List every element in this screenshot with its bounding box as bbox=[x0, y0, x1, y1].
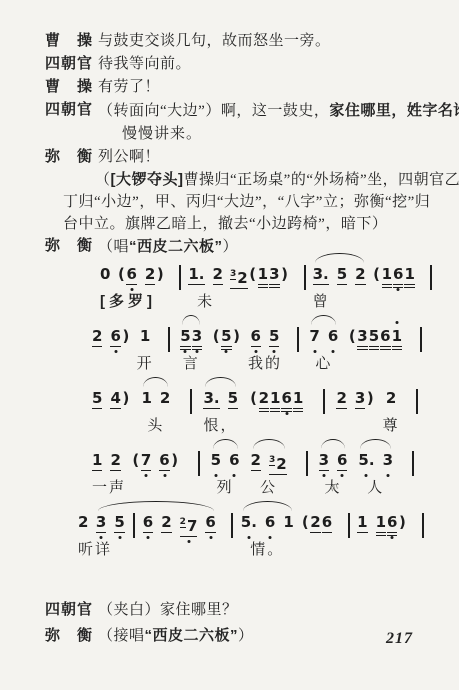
dialogue-row: 四朝官 （夹白）家住哪里？ bbox=[45, 597, 441, 623]
music-note: 5 bbox=[114, 513, 124, 533]
music-note: 7 bbox=[141, 451, 151, 471]
note-group: 232公 bbox=[251, 451, 287, 475]
music-note: 6 bbox=[281, 389, 291, 412]
lyric: 我的 bbox=[248, 352, 282, 373]
music-note: ( bbox=[117, 265, 125, 284]
barline bbox=[420, 327, 422, 352]
music-note: 3 bbox=[319, 451, 329, 471]
music-note: ( bbox=[132, 451, 140, 470]
music-note: 2 bbox=[213, 265, 223, 285]
music-note: ) bbox=[122, 389, 130, 408]
speaker-name: 曹 操 bbox=[45, 76, 98, 99]
sing-cue-post: ） bbox=[223, 239, 239, 255]
note-group: 1开 bbox=[140, 327, 150, 346]
tune-name: “西皮二六板” bbox=[145, 627, 239, 644]
dialogue-row: 曹 操 与鼓吏交谈几句，故而怒坐一旁。 bbox=[45, 30, 441, 53]
music-note: 2 bbox=[92, 327, 102, 347]
note-group: (26 bbox=[301, 513, 332, 533]
dialogue-top: 曹 操 与鼓吏交谈几句，故而怒坐一旁。 四朝官 待我等向前。 曹 操 有劳了！ … bbox=[45, 30, 441, 259]
dialogue-text: （转面向“大边”）啊，这一鼓史，家住哪里，姓字名谁， bbox=[98, 99, 459, 123]
music-note: 5 bbox=[369, 327, 379, 350]
music-note: 2 bbox=[355, 265, 365, 285]
music-note: 3 bbox=[383, 451, 393, 470]
music-note: 1 bbox=[293, 389, 303, 412]
note-group: 2尊 bbox=[386, 389, 396, 408]
note-group: (161 bbox=[373, 265, 415, 288]
tune-name: “西皮二六板” bbox=[129, 238, 223, 255]
page-number: 217 bbox=[386, 630, 413, 648]
lyric: 人 bbox=[367, 476, 384, 497]
note-group: 5.61情。 bbox=[241, 513, 294, 532]
music-note: 5. bbox=[358, 451, 374, 470]
music-note: 1 bbox=[92, 451, 102, 471]
music-note: ( bbox=[249, 265, 257, 284]
music-note: 6 bbox=[126, 265, 136, 285]
music-note: 1. bbox=[188, 265, 204, 285]
note-group: (2161 bbox=[250, 389, 304, 412]
speaker-name: 曹 操 bbox=[45, 30, 98, 53]
sing-cue-pre: （唱 bbox=[98, 239, 129, 255]
note-group: 3562276 bbox=[96, 513, 216, 538]
music-note: ) bbox=[281, 265, 289, 284]
barline bbox=[297, 327, 299, 352]
barline bbox=[179, 265, 181, 290]
music-note: 32 bbox=[269, 451, 287, 475]
music-note: 0 bbox=[100, 265, 110, 284]
music-note: 2 bbox=[160, 389, 170, 408]
lyric: 开 bbox=[137, 352, 154, 373]
lyric: 列 bbox=[217, 476, 234, 497]
music-note: 3 bbox=[357, 327, 367, 350]
stage-direction-line: 丁归“小边”，甲、丙归“大边”，“八字”立；弥衡“挖”归 bbox=[63, 191, 441, 213]
music-note: 2 bbox=[110, 451, 120, 471]
music-note: 2 bbox=[251, 451, 261, 471]
note-group: 3.5恨， bbox=[203, 389, 238, 409]
dialogue-continuation: 慢慢讲来。 bbox=[122, 123, 441, 146]
stage-direction-line: 台中立。旗牌乙暗上，撤去“小边跨椅”，暗下） bbox=[63, 213, 441, 235]
music-note: 5 bbox=[269, 327, 279, 347]
sing-cue-post: ） bbox=[238, 628, 254, 644]
music-note: 3. bbox=[203, 389, 219, 409]
barline bbox=[416, 389, 418, 414]
music-note: 5 bbox=[337, 265, 347, 285]
music-note: 1 bbox=[270, 389, 280, 412]
music-note: 1 bbox=[382, 265, 392, 288]
dialogue-text: 待我等向前。 bbox=[98, 53, 441, 76]
music-note: ( bbox=[301, 513, 309, 532]
music-note: 5 bbox=[228, 389, 238, 409]
music-note: 6 bbox=[251, 327, 261, 347]
lyric: 未 bbox=[197, 290, 214, 311]
music-note: ) bbox=[398, 513, 406, 532]
dialogue-row: 四朝官 待我等向前。 bbox=[45, 53, 441, 76]
music-note: 2 bbox=[259, 389, 269, 412]
music-note: 6 bbox=[387, 513, 397, 536]
lyric: [多罗] bbox=[100, 290, 156, 311]
music-note: 2 bbox=[386, 389, 396, 408]
speaker-name: 四朝官 bbox=[45, 53, 98, 76]
music-note: 2 bbox=[310, 513, 320, 533]
note-group: 5.3人 bbox=[358, 451, 393, 470]
note-group: 12一声 bbox=[92, 451, 121, 471]
note-group: 76心 bbox=[309, 327, 338, 346]
note-group: 0[多罗] bbox=[100, 265, 110, 284]
dialogue-text: 有劳了！ bbox=[98, 76, 441, 99]
music-note: 6 bbox=[159, 451, 169, 471]
lyric: 听详 bbox=[78, 538, 112, 559]
dialogue-row: 四朝官 （转面向“大边”）啊，这一鼓史，家住哪里，姓字名谁， bbox=[45, 99, 441, 123]
music-line: 2听详35622765.61情。(26116) bbox=[78, 513, 424, 575]
lyric: 言 bbox=[183, 352, 200, 373]
note-group: 1.2未 bbox=[188, 265, 223, 285]
music-note: 6 bbox=[205, 513, 215, 533]
note-group: 36大 bbox=[319, 451, 348, 471]
stage-paren: （ bbox=[95, 172, 111, 188]
music-note: 7 bbox=[309, 327, 319, 346]
barline bbox=[198, 451, 200, 476]
grace-note: 3 bbox=[269, 455, 275, 466]
music-note: 27 bbox=[180, 513, 198, 537]
sing-cue-text: （唱“西皮二六板”） bbox=[98, 235, 441, 259]
sing-cue-pre: （接唱 bbox=[98, 628, 145, 644]
stage-direction-line: （[大锣夺头]曹操归“正场桌”的“外场椅”坐，四朝官乙、 bbox=[95, 169, 441, 191]
music-notation-block: 0[多罗](62)1.2未32(13)3.52曾(16126)1开53言(5)6… bbox=[45, 265, 441, 575]
music-note: 6 bbox=[322, 513, 332, 533]
music-note: 6 bbox=[143, 513, 153, 533]
note-group: 12头 bbox=[141, 389, 170, 408]
music-note: 6 bbox=[337, 451, 347, 471]
lyric: 情。 bbox=[250, 538, 284, 559]
speaker-name: 弥 衡 bbox=[45, 235, 98, 259]
lyric: 恨， bbox=[203, 414, 237, 435]
lyric: 头 bbox=[147, 414, 164, 435]
music-note: 1 bbox=[141, 389, 151, 408]
note-group: 53言 bbox=[180, 327, 202, 350]
dialogue-text-emphasis: 家住哪里，姓字名谁， bbox=[329, 102, 459, 119]
lyric: 一声 bbox=[92, 476, 126, 497]
music-note: 5 bbox=[221, 327, 231, 350]
music-note: 6 bbox=[393, 265, 403, 288]
speaker-name: 弥 衡 bbox=[45, 146, 98, 169]
barline bbox=[306, 451, 308, 476]
music-note: 6 bbox=[229, 451, 239, 470]
dialogue-text: （夹白）家住哪里？ bbox=[98, 597, 441, 623]
note-group: 3.52曾 bbox=[313, 265, 366, 285]
music-note: ) bbox=[233, 327, 241, 346]
dialogue-row: 曹 操 有劳了！ bbox=[45, 76, 441, 99]
note-group: 65我的 bbox=[251, 327, 280, 347]
music-note: 5 bbox=[180, 327, 190, 350]
note-group: 2听详 bbox=[78, 513, 88, 532]
note-group: (3561 bbox=[348, 327, 402, 350]
music-note: ( bbox=[348, 327, 356, 346]
percussion-pattern-label: [大锣夺头] bbox=[111, 171, 184, 188]
note-group: (62) bbox=[117, 265, 164, 285]
music-note: ) bbox=[122, 327, 130, 346]
grace-note: 2 bbox=[180, 517, 186, 528]
barline bbox=[190, 389, 192, 414]
lyric: 公 bbox=[260, 476, 277, 497]
music-note: ( bbox=[373, 265, 381, 284]
dialogue-row: 弥 衡 列公啊！ bbox=[45, 146, 441, 169]
note-group: 56列 bbox=[211, 451, 240, 470]
speaker-name: 四朝官 bbox=[45, 99, 98, 123]
barline bbox=[430, 265, 432, 290]
music-note: ) bbox=[366, 389, 374, 408]
music-line: 0[多罗](62)1.2未32(13)3.52曾(161 bbox=[100, 265, 432, 327]
dialogue-text: 与鼓吏交谈几句，故而怒坐一旁。 bbox=[98, 30, 441, 53]
music-note: 4 bbox=[110, 389, 120, 409]
lyric: 心 bbox=[315, 352, 332, 373]
music-note: ) bbox=[171, 451, 179, 470]
barline bbox=[412, 451, 414, 476]
note-group: 26) bbox=[92, 327, 130, 347]
music-note: 3. bbox=[313, 265, 329, 285]
dialogue-bottom: 四朝官 （夹白）家住哪里？ 弥 衡 （接唱“西皮二六板”） bbox=[45, 597, 441, 649]
music-note: ( bbox=[212, 327, 220, 346]
music-note: 1 bbox=[258, 265, 268, 288]
note-group: (5) bbox=[212, 327, 240, 350]
music-note: 2 bbox=[336, 389, 346, 409]
music-line: 26)1开53言(5)65我的76心(3561 bbox=[92, 327, 422, 389]
barline bbox=[133, 513, 135, 538]
note-group: (76) bbox=[132, 451, 179, 471]
sing-cue-row: 弥 衡 （唱“西皮二六板”） bbox=[45, 235, 441, 259]
music-note: ) bbox=[156, 265, 164, 284]
barline bbox=[348, 513, 350, 538]
note-group: 54) bbox=[92, 389, 130, 409]
note-group: 23) bbox=[336, 389, 374, 409]
speaker-name: 四朝官 bbox=[45, 597, 98, 623]
grace-note: 3 bbox=[230, 269, 236, 280]
music-note: 6 bbox=[110, 327, 120, 347]
music-note: 5 bbox=[211, 451, 221, 470]
music-note: ( bbox=[250, 389, 258, 408]
music-note: 3 bbox=[96, 513, 106, 533]
music-note: 1 bbox=[392, 327, 402, 350]
lyric: 尊 bbox=[383, 414, 400, 435]
music-note: 1 bbox=[404, 265, 414, 288]
music-note: 3 bbox=[192, 327, 202, 350]
speaker-name: 弥 衡 bbox=[45, 623, 98, 649]
music-note: 1 bbox=[357, 513, 367, 533]
barline bbox=[231, 513, 233, 538]
music-note: 3 bbox=[269, 265, 279, 288]
music-note: 1 bbox=[283, 513, 293, 532]
stage-text: 曹操归“正场桌”的“外场椅”坐，四朝官乙、 bbox=[184, 172, 459, 188]
dialogue-row: 弥 衡 （接唱“西皮二六板”） bbox=[45, 623, 441, 649]
music-note: 2 bbox=[161, 513, 171, 533]
dialogue-text-plain: （转面向“大边”）啊，这一鼓史， bbox=[98, 103, 329, 119]
music-note: 2 bbox=[78, 513, 88, 532]
music-note: 2 bbox=[145, 265, 155, 285]
barline bbox=[422, 513, 424, 538]
music-note: 6 bbox=[380, 327, 390, 350]
music-note: 6 bbox=[265, 513, 275, 532]
dialogue-text: 列公啊！ bbox=[98, 146, 441, 169]
barline bbox=[323, 389, 325, 414]
note-group: 32(13) bbox=[230, 265, 289, 289]
music-note: 1 bbox=[376, 513, 386, 536]
music-note: 5 bbox=[92, 389, 102, 409]
music-note: 3 bbox=[355, 389, 365, 409]
lyric: 曾 bbox=[313, 290, 330, 311]
note-group: 116) bbox=[357, 513, 406, 536]
barline bbox=[168, 327, 170, 352]
music-note: 32 bbox=[230, 265, 248, 289]
music-note: 6 bbox=[328, 327, 338, 346]
music-note: 5. bbox=[241, 513, 257, 532]
music-note: 1 bbox=[140, 327, 150, 346]
barline bbox=[304, 265, 306, 290]
